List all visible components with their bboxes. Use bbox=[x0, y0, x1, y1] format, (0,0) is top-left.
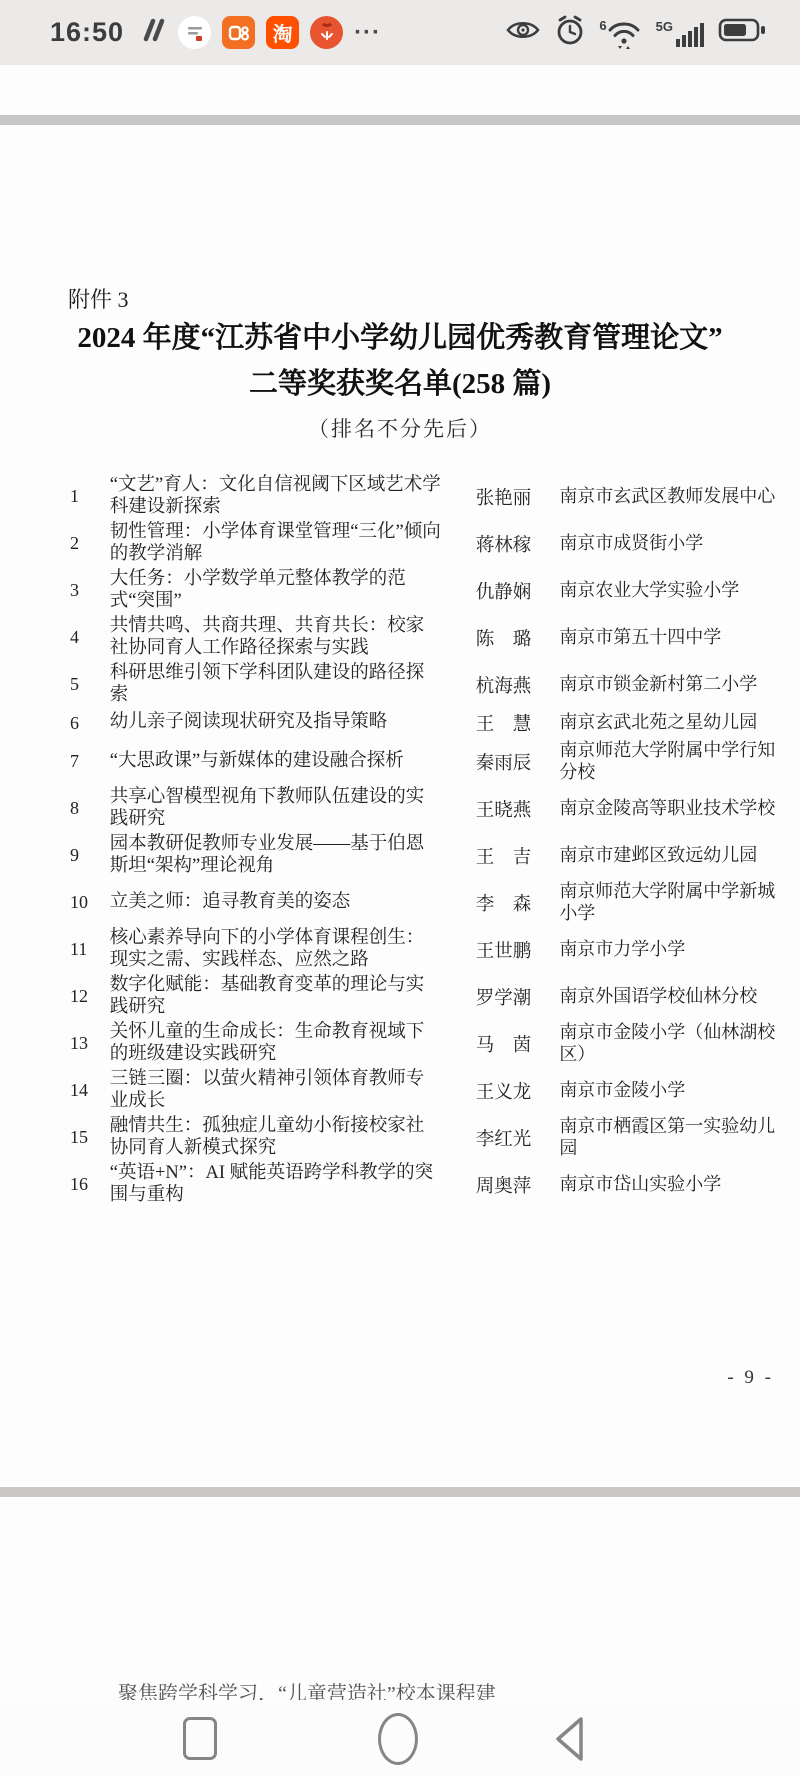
institution-name: 南京师范大学附属中学新城小学 bbox=[559, 881, 776, 924]
document-subtitle: （排名不分先后） bbox=[0, 413, 800, 443]
back-triangle-icon bbox=[549, 1714, 591, 1764]
paper-title: 大任务：小学数学单元整体教学的范式“突围” bbox=[110, 569, 442, 612]
table-row: 4 共情共鸣、共商共理、共育共长：校家社协同育人工作路径探索与实践 陈 璐 南京… bbox=[70, 614, 776, 661]
author-name: 秦雨辰 bbox=[476, 749, 552, 775]
row-number: 16 bbox=[70, 1174, 110, 1195]
author-name: 张艳丽 bbox=[476, 484, 552, 510]
document-title-line1: 2024 年度“江苏省中小学幼儿园优秀教育管理论文” bbox=[0, 315, 800, 361]
institution-name: 南京市岱山实验小学 bbox=[559, 1174, 776, 1196]
table-row: 1 “文艺”育人：文化自信视阈下区域艺术学科建设新探索 张艳丽 南京市玄武区教师… bbox=[70, 473, 776, 520]
paper-title: 核心素养导向下的小学体育课程创生：现实之需、实践样态、应然之路 bbox=[110, 928, 442, 971]
institution-name: 南京农业大学实验小学 bbox=[559, 580, 776, 602]
recents-button[interactable] bbox=[155, 1700, 245, 1777]
institution-name: 南京市栖霞区第一实验幼儿园 bbox=[559, 1116, 776, 1159]
table-row: 16 “英语+N”：AI 赋能英语跨学科教学的突围与重构 周奥萍 南京市岱山实验… bbox=[70, 1161, 776, 1208]
author-name: 王义龙 bbox=[476, 1078, 552, 1104]
institution-name: 南京市建邺区致远幼儿园 bbox=[559, 845, 776, 867]
signal-5g-icon: 5G bbox=[656, 18, 705, 48]
author-name: 李红光 bbox=[476, 1125, 552, 1151]
institution-name: 南京市力学小学 bbox=[559, 939, 776, 961]
alarm-clock-icon bbox=[554, 14, 586, 51]
paper-title: 立美之师：追寻教育美的姿态 bbox=[110, 892, 442, 914]
wifi-icon: 6 bbox=[599, 17, 642, 49]
row-number: 11 bbox=[70, 939, 110, 960]
table-row: 14 三链三圈：以萤火精神引领体育教师专业成长 王义龙 南京市金陵小学 bbox=[70, 1067, 776, 1114]
author-name: 马 茵 bbox=[476, 1031, 552, 1057]
back-button[interactable] bbox=[525, 1700, 615, 1777]
author-name: 李 森 bbox=[476, 890, 552, 916]
table-row: 3 大任务：小学数学单元整体教学的范式“突围” 仇静娴 南京农业大学实验小学 bbox=[70, 567, 776, 614]
clock-time: 16:50 bbox=[50, 17, 124, 48]
more-notifications-icon: ··· bbox=[354, 23, 381, 43]
home-button[interactable] bbox=[353, 1700, 443, 1777]
row-number: 13 bbox=[70, 1033, 110, 1054]
white-app-badge-icon bbox=[178, 16, 211, 49]
row-number: 4 bbox=[70, 627, 110, 648]
paper-title: 园本教研促教师专业发展——基于伯恩斯坦“架构”理论视角 bbox=[110, 834, 442, 877]
taobao-glyph: 淘 bbox=[273, 18, 293, 47]
table-row: 2 韧性管理：小学体育课堂管理“三化”倾向的教学消解 蒋林稼 南京市成贤街小学 bbox=[70, 520, 776, 567]
institution-name: 南京市玄武区教师发展中心 bbox=[559, 486, 776, 508]
document-page-9: 附件 3 2024 年度“江苏省中小学幼儿园优秀教育管理论文” 二等奖获奖名单(… bbox=[0, 125, 800, 1487]
home-circle-icon bbox=[378, 1713, 418, 1765]
taobao-icon: 淘 bbox=[266, 16, 299, 49]
previous-page-bottom bbox=[0, 65, 800, 115]
paper-title: 科研思维引领下学科团队建设的路径探索 bbox=[110, 663, 442, 706]
paper-title: 融情共生：孤独症儿童幼小衔接校家社协同育人新模式探究 bbox=[110, 1116, 442, 1159]
row-number: 10 bbox=[70, 892, 110, 913]
document-page-10-top: 聚焦跨学科学习，“儿童营造社”校本课程建 bbox=[0, 1497, 800, 1700]
paper-title: 三链三圈：以萤火精神引领体育教师专业成长 bbox=[110, 1069, 442, 1112]
table-row: 12 数字化赋能：基础教育变革的理论与实践研究 罗学潮 南京外国语学校仙林分校 bbox=[70, 973, 776, 1020]
institution-name: 南京师范大学附属中学行知分校 bbox=[559, 740, 776, 783]
paper-title: “文艺”育人：文化自信视阈下区域艺术学科建设新探索 bbox=[110, 475, 442, 518]
row-number: 3 bbox=[70, 580, 110, 601]
paper-title: “英语+N”：AI 赋能英语跨学科教学的突围与重构 bbox=[110, 1163, 442, 1206]
table-row: 7 “大思政课”与新媒体的建设融合探析 秦雨辰 南京师范大学附属中学行知分校 bbox=[70, 738, 776, 785]
row-number: 14 bbox=[70, 1080, 110, 1101]
next-page-partial-text: 聚焦跨学科学习，“儿童营造社”校本课程建 bbox=[118, 1681, 496, 1700]
kuaishou-icon bbox=[222, 16, 255, 49]
double-slash-icon bbox=[141, 15, 167, 50]
eye-protection-icon bbox=[505, 18, 541, 47]
page-gap-divider bbox=[0, 1487, 800, 1497]
institution-name: 南京金陵高等职业技术学校 bbox=[559, 798, 776, 820]
author-name: 杭海燕 bbox=[476, 672, 552, 698]
author-name: 仇静娴 bbox=[476, 578, 552, 604]
row-number: 6 bbox=[70, 713, 110, 734]
status-bar-right: 6 5G bbox=[505, 14, 766, 51]
row-number: 8 bbox=[70, 798, 110, 819]
institution-name: 南京市金陵小学（仙林湖校区） bbox=[559, 1022, 776, 1065]
network-type-label: 5G bbox=[656, 19, 673, 34]
row-number: 15 bbox=[70, 1127, 110, 1148]
institution-name: 南京市金陵小学 bbox=[559, 1080, 776, 1102]
author-name: 王世鹏 bbox=[476, 937, 552, 963]
document-title-line2: 二等奖获奖名单(258 篇) bbox=[0, 361, 800, 407]
navigation-bar bbox=[0, 1700, 800, 1777]
paper-title: 关怀儿童的生命成长：生命教育视域下的班级建设实践研究 bbox=[110, 1022, 442, 1065]
row-number: 1 bbox=[70, 486, 110, 507]
paper-title: “大思政课”与新媒体的建设融合探析 bbox=[110, 751, 442, 773]
paper-title: 韧性管理：小学体育课堂管理“三化”倾向的教学消解 bbox=[110, 522, 442, 565]
tomato-icon bbox=[310, 16, 343, 49]
author-name: 王 吉 bbox=[476, 843, 552, 869]
author-name: 周奥萍 bbox=[476, 1172, 552, 1198]
awards-table: 1 “文艺”育人：文化自信视阈下区域艺术学科建设新探索 张艳丽 南京市玄武区教师… bbox=[70, 473, 776, 1208]
table-row: 6 幼儿亲子阅读现状研究及指导策略 王 慧 南京玄武北苑之星幼儿园 bbox=[70, 708, 776, 738]
battery-icon bbox=[718, 17, 766, 48]
paper-title: 幼儿亲子阅读现状研究及指导策略 bbox=[110, 712, 442, 734]
table-row: 8 共享心智模型视角下教师队伍建设的实践研究 王晓燕 南京金陵高等职业技术学校 bbox=[70, 785, 776, 832]
attachment-label: 附件 3 bbox=[68, 283, 129, 314]
row-number: 5 bbox=[70, 674, 110, 695]
row-number: 9 bbox=[70, 845, 110, 866]
document-viewer[interactable]: 附件 3 2024 年度“江苏省中小学幼儿园优秀教育管理论文” 二等奖获奖名单(… bbox=[0, 65, 800, 1700]
page-gap-divider bbox=[0, 115, 800, 125]
table-row: 11 核心素养导向下的小学体育课程创生：现实之需、实践样态、应然之路 王世鹏 南… bbox=[70, 926, 776, 973]
status-bar-left: 16:50 淘 ··· bbox=[50, 15, 381, 50]
institution-name: 南京外国语学校仙林分校 bbox=[559, 986, 776, 1008]
institution-name: 南京市锁金新村第二小学 bbox=[559, 674, 776, 696]
institution-name: 南京市第五十四中学 bbox=[559, 627, 776, 649]
row-number: 7 bbox=[70, 751, 110, 772]
table-row: 5 科研思维引领下学科团队建设的路径探索 杭海燕 南京市锁金新村第二小学 bbox=[70, 661, 776, 708]
paper-title: 共情共鸣、共商共理、共育共长：校家社协同育人工作路径探索与实践 bbox=[110, 616, 442, 659]
institution-name: 南京市成贤街小学 bbox=[559, 533, 776, 555]
institution-name: 南京玄武北苑之星幼儿园 bbox=[559, 712, 776, 734]
page-number: - 9 - bbox=[727, 1367, 774, 1389]
document-title: 2024 年度“江苏省中小学幼儿园优秀教育管理论文” 二等奖获奖名单(258 篇… bbox=[0, 315, 800, 407]
paper-title: 共享心智模型视角下教师队伍建设的实践研究 bbox=[110, 787, 442, 830]
author-name: 王晓燕 bbox=[476, 796, 552, 822]
row-number: 2 bbox=[70, 533, 110, 554]
table-row: 15 融情共生：孤独症儿童幼小衔接校家社协同育人新模式探究 李红光 南京市栖霞区… bbox=[70, 1114, 776, 1161]
author-name: 蒋林稼 bbox=[476, 531, 552, 557]
author-name: 陈 璐 bbox=[476, 625, 552, 651]
table-row: 9 园本教研促教师专业发展——基于伯恩斯坦“架构”理论视角 王 吉 南京市建邺区… bbox=[70, 832, 776, 879]
phone-screen: 16:50 淘 ··· bbox=[0, 0, 800, 1777]
status-bar: 16:50 淘 ··· bbox=[0, 0, 800, 65]
table-row: 10 立美之师：追寻教育美的姿态 李 森 南京师范大学附属中学新城小学 bbox=[70, 879, 776, 926]
author-name: 罗学潮 bbox=[476, 984, 552, 1010]
row-number: 12 bbox=[70, 986, 110, 1007]
author-name: 王 慧 bbox=[476, 710, 552, 736]
recents-square-icon bbox=[183, 1717, 217, 1760]
table-row: 13 关怀儿童的生命成长：生命教育视域下的班级建设实践研究 马 茵 南京市金陵小… bbox=[70, 1020, 776, 1067]
paper-title: 数字化赋能：基础教育变革的理论与实践研究 bbox=[110, 975, 442, 1018]
